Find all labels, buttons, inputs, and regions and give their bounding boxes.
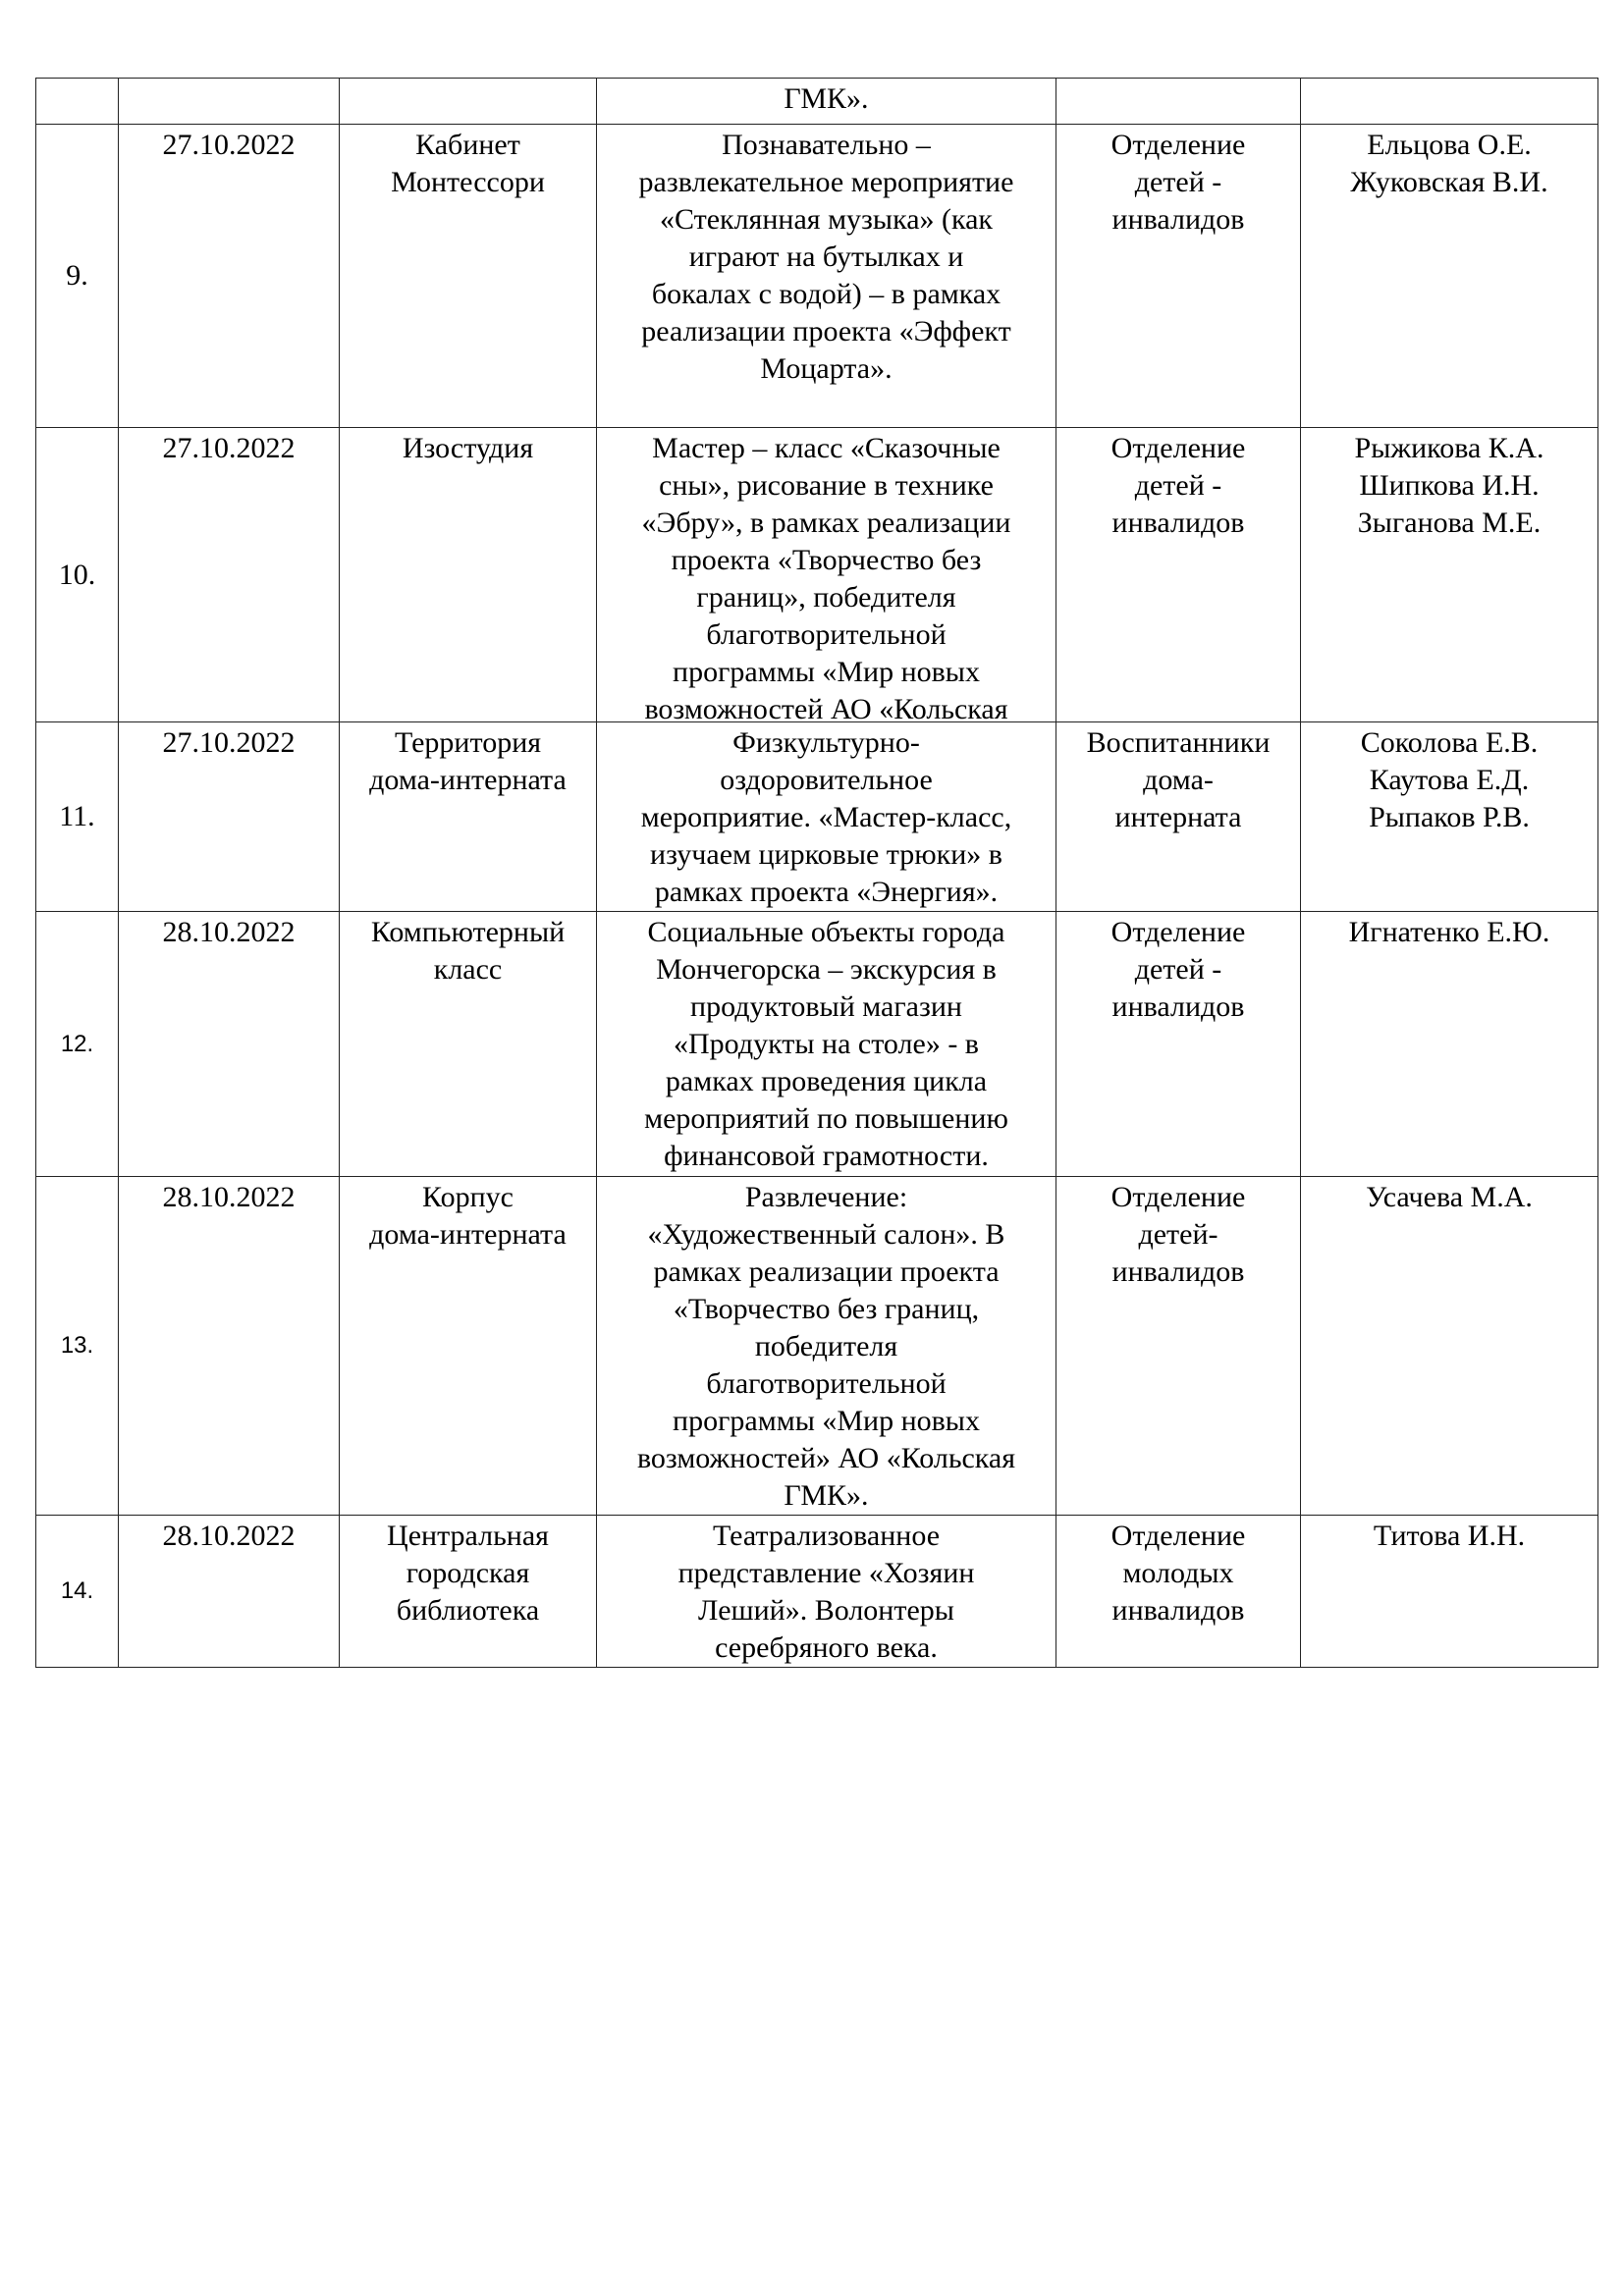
participants-text-line: Отделение [1056,1179,1300,1216]
cell-responsible: Ельцова О.Е.Жуковская В.И. [1300,124,1598,428]
participants-text-line: детей- [1056,1216,1300,1254]
cell-number: 11. [35,721,119,912]
cell-date: 28.10.2022 [118,1176,340,1516]
cell-participants: Воспитанникидома-интерната [1056,721,1301,912]
event-text-line: оздоровительное [597,762,1056,799]
event-text-line: Моцарта». [597,350,1056,388]
event-text-line: Физкультурно- [597,724,1056,762]
place-text-line: Кабинет [340,127,596,164]
event-text-line: благотворительной [597,1365,1056,1403]
cell-responsible [1300,78,1598,125]
event-text-line: Леший». Волонтеры [597,1592,1056,1629]
cell-responsible: Усачева М.А. [1300,1176,1598,1516]
participants-text-line: детей - [1056,951,1300,988]
cell-number: 10. [35,427,119,722]
participants-text-line: молодых [1056,1555,1300,1592]
cell-event: Театрализованноепредставление «ХозяинЛеш… [596,1515,1056,1668]
participants-text-line: инвалидов [1056,505,1300,542]
cell-participants: Отделениедетей -инвалидов [1056,911,1301,1177]
cell-participants: Отделениедетей -инвалидов [1056,427,1301,722]
place-text-line: класс [340,951,596,988]
cell-event: Познавательно –развлекательное мероприят… [596,124,1056,428]
participants-text-line: Отделение [1056,914,1300,951]
event-text-line: финансовой грамотности. [597,1138,1056,1175]
row-number: 10. [59,557,96,594]
event-text-line: возможностей» АО «Кольская [597,1440,1056,1477]
event-text-line: рамках реализации проекта [597,1254,1056,1291]
row-number: 13. [61,1327,93,1364]
participants-text-line: дома- [1056,762,1300,799]
cell-date: 27.10.2022 [118,427,340,722]
responsible-text-line: Зыганова М.Е. [1301,505,1597,542]
cell-event: ГМК». [596,78,1056,125]
event-text-line: изучаем цирковые трюки» в [597,836,1056,874]
place-text-line: Территория [340,724,596,762]
cell-event: Физкультурно-оздоровительноемероприятие.… [596,721,1056,912]
responsible-text-line: Каутова Е.Д. [1301,762,1597,799]
cell-place: Центральнаягородскаябиблиотека [339,1515,597,1668]
event-text-line: «Художественный салон». В [597,1216,1056,1254]
cell-number: 13. [35,1176,119,1516]
event-text-line: мероприятие. «Мастер-класс, [597,799,1056,836]
place-text-line: дома-интерната [340,1216,596,1254]
event-text-line: программы «Мир новых [597,1403,1056,1440]
responsible-text-line: Усачева М.А. [1301,1179,1597,1216]
place-text-line: Центральная [340,1518,596,1555]
place-text-line: Корпус [340,1179,596,1216]
event-text-line: бокалах с водой) – в рамках [597,276,1056,313]
date-text: 28.10.2022 [163,1181,296,1213]
responsible-text-line: Шипкова И.Н. [1301,467,1597,505]
event-text-line: границ», победителя [597,579,1056,616]
cell-place: Территориядома-интерната [339,721,597,912]
cell-participants: Отделениедетей -инвалидов [1056,124,1301,428]
date-text: 28.10.2022 [163,916,296,948]
cell-date [118,78,340,125]
participants-text-line: детей - [1056,467,1300,505]
event-text-line: Мастер – класс «Сказочные [597,430,1056,467]
cell-responsible: Рыжикова К.А.Шипкова И.Н.Зыганова М.Е. [1300,427,1598,722]
responsible-text-line: Игнатенко Е.Ю. [1301,914,1597,951]
cell-place [339,78,597,125]
participants-text-line: интерната [1056,799,1300,836]
event-text-line: реализации проекта «Эффект [597,313,1056,350]
place-text-line: городская [340,1555,596,1592]
cell-participants: Отделениемолодыхинвалидов [1056,1515,1301,1668]
place-text-line: Изостудия [340,430,596,467]
responsible-text-line: Жуковская В.И. [1301,164,1597,201]
participants-text-line: инвалидов [1056,201,1300,239]
participants-text-line: Отделение [1056,1518,1300,1555]
participants-text-line: Отделение [1056,430,1300,467]
event-text-line: «Стеклянная музыка» (как [597,201,1056,239]
event-text-line: программы «Мир новых [597,654,1056,691]
cell-responsible: Титова И.Н. [1300,1515,1598,1668]
cell-place: Компьютерныйкласс [339,911,597,1177]
cell-participants [1056,78,1301,125]
event-text-line: Мончегорска – экскурсия в [597,951,1056,988]
cell-date: 27.10.2022 [118,721,340,912]
cell-place: КабинетМонтессори [339,124,597,428]
event-text-line: «Эбру», в рамках реализации [597,505,1056,542]
cell-event: Социальные объекты городаМончегорска – э… [596,911,1056,1177]
event-text-line: сны», рисование в технике [597,467,1056,505]
place-text-line: библиотека [340,1592,596,1629]
event-text-line: развлекательное мероприятие [597,164,1056,201]
event-text-line: Развлечение: [597,1179,1056,1216]
event-text-line: «Творчество без границ, [597,1291,1056,1328]
cell-date: 28.10.2022 [118,1515,340,1668]
participants-text-line: детей - [1056,164,1300,201]
cell-place: Изостудия [339,427,597,722]
cell-number [35,78,119,125]
participants-text-line: Отделение [1056,127,1300,164]
cell-responsible: Игнатенко Е.Ю. [1300,911,1598,1177]
date-text: 27.10.2022 [163,129,296,161]
responsible-text-line: Рыпаков Р.В. [1301,799,1597,836]
event-text-line: проекта «Творчество без [597,542,1056,579]
cell-number: 12. [35,911,119,1177]
event-text-line: рамках проекта «Энергия». [597,874,1056,911]
date-text: 27.10.2022 [163,726,296,759]
cell-place: Корпусдома-интерната [339,1176,597,1516]
event-text-line: победителя [597,1328,1056,1365]
row-number: 14. [61,1573,93,1610]
cell-number: 9. [35,124,119,428]
event-text-line: продуктовый магазин [597,988,1056,1026]
cell-participants: Отделениедетей-инвалидов [1056,1176,1301,1516]
event-text-line: представление «Хозяин [597,1555,1056,1592]
cell-number: 14. [35,1515,119,1668]
cell-date: 28.10.2022 [118,911,340,1177]
responsible-text-line: Рыжикова К.А. [1301,430,1597,467]
participants-text-line: инвалидов [1056,1592,1300,1629]
cell-date: 27.10.2022 [118,124,340,428]
event-text-line: ГМК». [597,80,1056,118]
cell-event: Мастер – класс «Сказочныесны», рисование… [596,427,1056,722]
row-number: 12. [61,1026,93,1063]
event-text-line: возможностей АО «Кольская [597,691,1056,722]
responsible-text-line: Ельцова О.Е. [1301,127,1597,164]
event-text-line: рамках проведения цикла [597,1063,1056,1100]
event-text-line: Социальные объекты города [597,914,1056,951]
participants-text-line: инвалидов [1056,988,1300,1026]
row-number: 11. [59,798,94,835]
row-number: 9. [66,257,88,294]
place-text-line: дома-интерната [340,762,596,799]
event-text-line: мероприятий по повышению [597,1100,1056,1138]
date-text: 28.10.2022 [163,1520,296,1552]
responsible-text-line: Соколова Е.В. [1301,724,1597,762]
place-text-line: Компьютерный [340,914,596,951]
participants-text-line: инвалидов [1056,1254,1300,1291]
date-text: 27.10.2022 [163,432,296,464]
place-text-line: Монтессори [340,164,596,201]
event-text-line: Театрализованное [597,1518,1056,1555]
event-text-line: ГМК». [597,1477,1056,1515]
participants-text-line: Воспитанники [1056,724,1300,762]
cell-responsible: Соколова Е.В.Каутова Е.Д.Рыпаков Р.В. [1300,721,1598,912]
cell-event: Развлечение:«Художественный салон». Врам… [596,1176,1056,1516]
event-text-line: Познавательно – [597,127,1056,164]
schedule-table: ГМК».9.27.10.2022КабинетМонтессориПознав… [0,0,1624,2296]
event-text-line: играют на бутылках и [597,239,1056,276]
event-text-line: «Продукты на столе» - в [597,1026,1056,1063]
event-text-line: благотворительной [597,616,1056,654]
event-text-line: серебряного века. [597,1629,1056,1667]
responsible-text-line: Титова И.Н. [1301,1518,1597,1555]
